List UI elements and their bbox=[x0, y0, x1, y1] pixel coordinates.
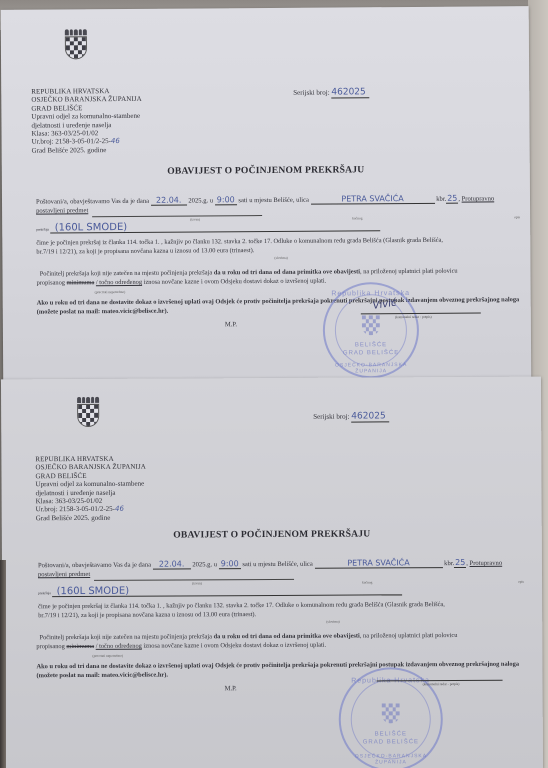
signature-label: (komunalni redar - potpis) bbox=[423, 682, 460, 686]
serial-label: Serijski broj: bbox=[293, 89, 329, 97]
violation-text: čime je počinjen prekršaj iz članka 114.… bbox=[36, 235, 516, 256]
croatian-coat-of-arms-icon bbox=[77, 397, 99, 427]
serial-number: Serijski broj: 462025 bbox=[293, 87, 369, 99]
violation-text: čime je počinjen prekršaj iz članka 114.… bbox=[38, 600, 528, 621]
urbroj-handwritten: 46 bbox=[115, 505, 124, 513]
place-year: Grad Belišće 2025. godine bbox=[36, 514, 147, 523]
serial-number: Serijski broj: 462025 bbox=[313, 411, 389, 422]
incident-date: 22.04. bbox=[151, 197, 187, 206]
department-line-1: Upravni odjel za komunalno-stambene bbox=[36, 480, 147, 489]
department-line-1: Upravni odjel za komunalno-stambene bbox=[31, 112, 142, 121]
serial-label: Serijski broj: bbox=[313, 413, 349, 421]
serial-value: 462025 bbox=[331, 87, 369, 98]
background-shadow bbox=[0, 560, 6, 768]
incident-time: 9:00 bbox=[215, 196, 237, 205]
notice-sheet-bottom: REPUBLIKA HRVATSKA OSJEČKO BARANJSKA ŽUP… bbox=[1, 377, 543, 768]
item-line: prekršaja (160L SMODE) bbox=[38, 586, 403, 597]
payment-notice: Počinitelj prekršaja koji nije zatečen n… bbox=[36, 266, 514, 287]
house-number: 25 bbox=[446, 195, 458, 204]
incident-line: Poštovani/a, obavještavamo Vas da je dan… bbox=[36, 194, 494, 206]
croatian-coat-of-arms-icon bbox=[65, 29, 87, 59]
issuer-header: REPUBLIKA HRVATSKA OSJEČKO BARANJSKA ŽUP… bbox=[31, 87, 142, 155]
warning-text: Ako u roku od tri dana ne dostavite doka… bbox=[36, 660, 530, 681]
street-name: PETRA SVAČIĆA bbox=[314, 559, 442, 569]
notice-title: OBAVIJEST O POČINJENOM PREKRŠAJU bbox=[2, 528, 542, 542]
issuer-header: REPUBLIKA HRVATSKA OSJEČKO BARANJSKA ŽUP… bbox=[35, 455, 146, 523]
county-name: OSJEČKO BARANJSKA ŽUPANIJA bbox=[31, 95, 142, 104]
mp-label: M.P. bbox=[225, 685, 237, 692]
item-line: prekršaja (160L SMODE) bbox=[36, 222, 381, 233]
incident-line: Poštovani/a, obavještavamo Vas da je dan… bbox=[38, 559, 502, 570]
payment-notice: Počinitelj prekršaja koji nije zatečen n… bbox=[36, 631, 526, 652]
official-stamp: Republika Hrvatska BELIŠĆE GRAD BELIŠĆE … bbox=[323, 282, 420, 379]
placed-object-line: postavljeni predmet bbox=[36, 207, 88, 214]
county-name: OSJEČKO BARANJSKA ŽUPANIJA bbox=[35, 463, 146, 472]
urbroj-handwritten: 46 bbox=[111, 137, 120, 145]
house-number: 25 bbox=[454, 559, 466, 568]
incident-time: 9:00 bbox=[219, 560, 241, 569]
place-year: Grad Belišće 2025. godine bbox=[32, 146, 143, 155]
notice-sheet-top: REPUBLIKA HRVATSKA OSJEČKO BARANJSKA ŽUP… bbox=[1, 6, 532, 392]
placed-object-line: postavljeni predmet bbox=[38, 571, 90, 578]
item-description: (160L SMODE) bbox=[51, 222, 381, 233]
mp-label: M.P. bbox=[225, 321, 237, 328]
item-description: (160L SMODE) bbox=[53, 586, 403, 597]
incident-date: 22.04. bbox=[153, 560, 191, 569]
street-name: PETRA SVAČIĆA bbox=[311, 195, 435, 205]
serial-value: 462025 bbox=[351, 411, 389, 422]
signature-label: (komunalni redar - potpis) bbox=[395, 315, 432, 319]
notice-title: OBAVIJEST O POČINJENOM PREKRŠAJU bbox=[2, 163, 530, 178]
